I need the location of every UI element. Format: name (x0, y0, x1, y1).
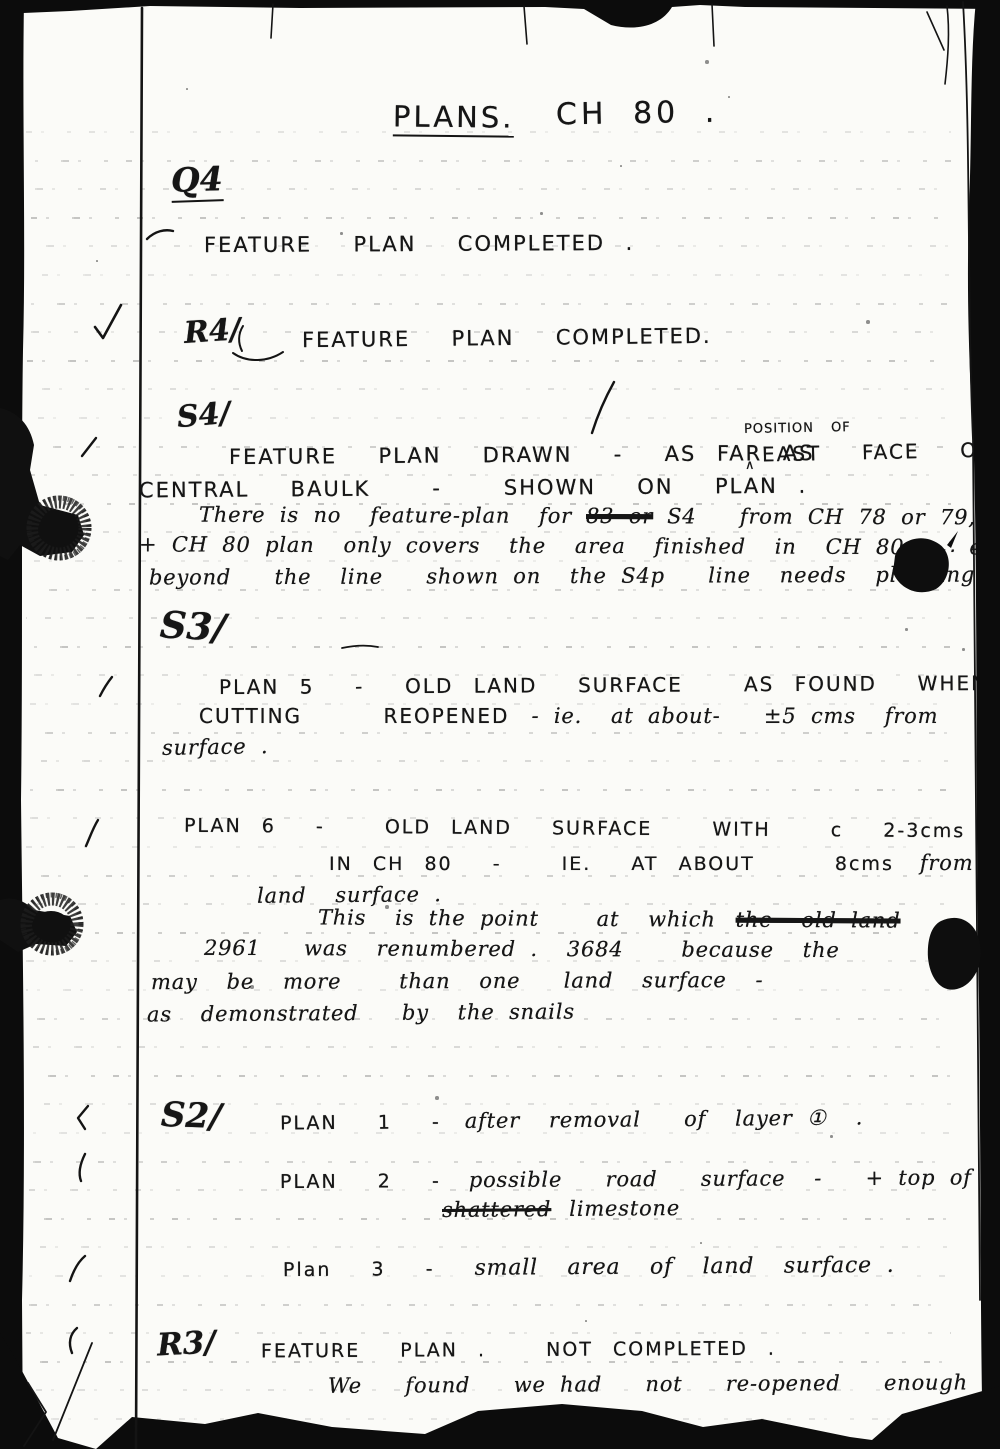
ruled-line (26, 1075, 951, 1077)
plan2-head: PLAN 2 - (280, 1170, 441, 1193)
tick-slash (80, 1154, 85, 1181)
plan6-line2: IN CH 80 - IE. AT ABOUT 8cms from top of (329, 851, 1000, 875)
note-line: FEATURE PLAN DRAWN - AS FAR AS (229, 441, 815, 469)
ruled-line (26, 560, 951, 562)
crease-line (927, 12, 944, 50)
dust-speck (830, 1135, 833, 1138)
ruled-line (26, 417, 951, 419)
plan6-note1: This is the point at which the old land (318, 905, 901, 932)
torn-edge-top (0, 0, 1000, 28)
tick-slash (70, 1256, 85, 1281)
grid-square-label: S3/ (159, 602, 227, 649)
margin-rule-line (136, 8, 142, 1449)
plan6-tail2: from top of (920, 851, 1000, 875)
pen-stroke (233, 352, 283, 360)
plan2-text2: limestone (569, 1196, 680, 1221)
dust-speck (435, 1096, 439, 1100)
struck-text: shattered (442, 1197, 551, 1222)
tick-slash (78, 1106, 88, 1129)
plan-status-line: FEATURE PLAN COMPLETED. (302, 324, 712, 352)
scribbled-out-text: the old land (736, 908, 901, 933)
plan1-head: PLAN 1 - (280, 1111, 441, 1134)
plan-status-line: FEATURE PLAN COMPLETED . (204, 231, 634, 257)
grid-square-label: R3/ (156, 1324, 216, 1363)
crease-line (271, 4, 273, 38)
grid-square-label: R4/ (183, 312, 242, 351)
site-code: CH 80 . (556, 95, 719, 133)
dust-speck (186, 88, 188, 90)
ruled-line (26, 1418, 951, 1420)
plan6-line3: land surface . (257, 882, 442, 908)
grid-square-label: S4/ (176, 396, 232, 436)
dust-speck (620, 165, 622, 167)
note-line: CENTRAL BAULK - SHOWN ON PLAN . (139, 474, 807, 503)
tick-slash (100, 677, 112, 696)
tick-slash (70, 1328, 77, 1353)
insertion-above-line: POSITION OF (744, 420, 851, 437)
plan5-tail2: - ie. at about- ±5 cms from (531, 704, 938, 728)
plan5-head2: CUTTING REOPENED (199, 704, 509, 728)
plan6-head2: IN CH 80 - IE. AT ABOUT 8cms (329, 853, 894, 875)
ruled-line (26, 388, 951, 390)
note-line: EAST FACE OF (762, 438, 992, 467)
note-line: We found we had not re-opened enough of (328, 1370, 1000, 1398)
ruled-line (26, 846, 951, 848)
ruled-line (26, 160, 951, 162)
note-text: This is the point at which (318, 905, 716, 931)
torn-edge-left (0, 0, 24, 1449)
note-text: There is no feature-plan for (199, 503, 572, 528)
tick-slash (82, 438, 96, 456)
ruled-line (26, 1246, 951, 1248)
dust-speck (700, 1242, 702, 1244)
ruled-line (26, 217, 951, 219)
ruled-line (26, 1046, 951, 1048)
scanned-notebook-page: PLANS. CH 80 . Q4 FEATURE PLAN COMPLETED… (0, 0, 1000, 1449)
note-line: There is no feature-plan for 83 or S4 fr… (199, 503, 976, 530)
grid-square-label: Q4 (170, 159, 223, 203)
note-line: beyond the line shown on the S4p line ne… (149, 563, 983, 590)
checkmark (95, 305, 121, 338)
ruled-line (26, 760, 951, 762)
plan6-note4: as demonstrated by the snails (147, 1000, 575, 1027)
crease-line (24, 1383, 46, 1446)
crease-line (53, 1343, 92, 1440)
dust-speck (962, 648, 965, 651)
dust-speck (540, 212, 543, 215)
plan2-text: possible road surface - + top of mound (469, 1165, 1000, 1192)
ruled-line (26, 789, 951, 791)
pen-stroke (342, 646, 378, 648)
plan6-note3: may be more than one land surface - (151, 968, 763, 994)
ruled-line (26, 360, 951, 362)
plan3-line: Plan 3 - small area of land surface . (283, 1253, 895, 1282)
dust-speck (905, 628, 908, 631)
dust-speck (96, 260, 98, 262)
dust-speck (585, 1320, 587, 1322)
plan2-line2: shattered limestone (442, 1196, 680, 1222)
plan5-line2: CUTTING REOPENED - ie. at about- ±5 cms … (199, 704, 938, 728)
pen-stroke (592, 382, 614, 433)
plan2-line: PLAN 2 - possible road surface - + top o… (280, 1165, 1000, 1193)
plan3-head: Plan 3 - (283, 1258, 435, 1281)
torn-edge-right (968, 0, 1000, 1449)
ruled-line (26, 732, 951, 734)
dust-speck (705, 60, 709, 64)
crease-line (945, 6, 948, 84)
plan6-note2: 2961 was renumbered . 3684 because the (204, 936, 840, 962)
plan1-text: after removal of layer ① . (465, 1105, 864, 1132)
plan1-line: PLAN 1 - after removal of layer ① . (280, 1105, 863, 1134)
ruled-line (26, 1161, 951, 1163)
hole-punch (0, 895, 81, 953)
plan3-text: small area of land surface . (474, 1253, 894, 1281)
dust-speck (866, 320, 870, 324)
dust-speck (728, 96, 730, 98)
crease-line (712, 4, 714, 46)
ruled-line (26, 303, 951, 305)
ruled-line (26, 188, 951, 190)
crease-line (524, 6, 527, 44)
hole-punch (0, 408, 89, 560)
note-text: S4 from CH 78 or 79, (667, 504, 976, 529)
ruled-line (26, 903, 951, 905)
tick-slash (86, 820, 98, 846)
ruled-line (26, 1304, 951, 1306)
grid-square-label: S2/ (160, 1095, 222, 1137)
ruled-line (26, 932, 951, 934)
ink-blot (928, 918, 981, 990)
pen-stroke (147, 230, 173, 239)
scribbled-out-text: 83 or (586, 504, 653, 528)
page-title: PLANS. (393, 99, 515, 137)
ruled-line (26, 274, 951, 276)
plan6-head: PLAN 6 - OLD LAND SURFACE WITH c 2-3cms … (184, 815, 1000, 844)
note-line: + CH 80 plan only covers the area finish… (139, 532, 1000, 559)
plan5-head: PLAN 5 - OLD LAND SURFACE AS FOUND WHEN (219, 671, 988, 699)
crease-line (963, 2, 980, 1300)
plan5-line3: surface . (162, 734, 269, 760)
plan-status-line: FEATURE PLAN . NOT COMPLETED . (261, 1338, 776, 1363)
